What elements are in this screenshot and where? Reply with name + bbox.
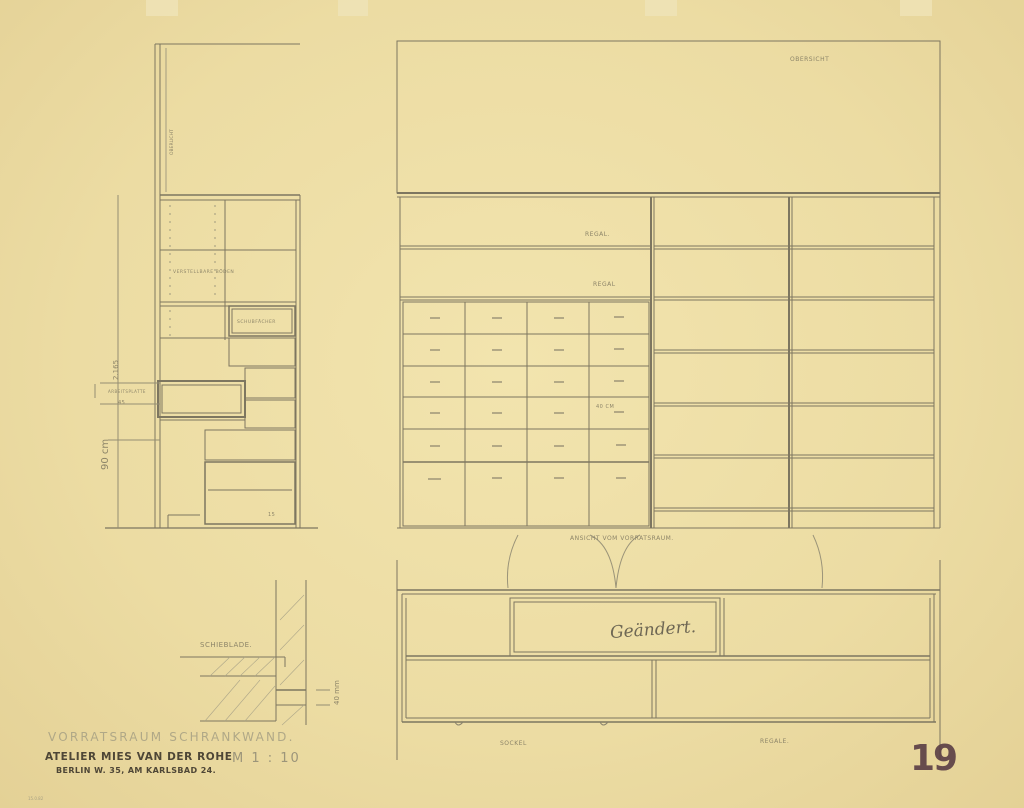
- dim-total-height: 2.165: [112, 360, 120, 380]
- drawing-scale: M 1 : 10: [232, 751, 301, 766]
- office-name: ATELIER MIES VAN DER ROHE: [45, 751, 233, 763]
- top-view-outline: [397, 41, 940, 193]
- label-shelf-2: REGAL: [593, 281, 616, 288]
- label-vertical: OBERLICHT: [170, 129, 175, 155]
- label-drawer-detail: SCHIEBLADE.: [200, 641, 252, 649]
- label-drawers: SCHUBFÄCHER: [237, 320, 276, 325]
- dim-small: 15: [268, 512, 275, 518]
- drawer-note: 40 cm: [596, 404, 614, 410]
- label-top-view: OBERSICHT: [790, 56, 829, 63]
- label-shelf-1: REGAL.: [585, 231, 610, 238]
- label-plinth: SOCKEL: [500, 740, 527, 747]
- drawing-title: VORRATSRAUM SCHRANKWAND.: [48, 730, 295, 744]
- label-counter: ARBEITSPLATTE: [108, 389, 146, 394]
- dim-detail: 40 mm: [333, 680, 341, 705]
- archive-stamp: 15.0.82: [28, 796, 43, 801]
- label-elevation: ANSICHT VOM VORRATSRAUM.: [570, 535, 674, 542]
- dim-counter-height: 90 cm: [100, 439, 111, 470]
- dim-small: 45: [118, 400, 125, 406]
- sheet-number-stamp: 19: [910, 738, 956, 779]
- label-adjustable-shelves: VERSTELLBARE BÖDEN: [173, 270, 234, 275]
- linework: [0, 0, 1024, 808]
- office-address: BERLIN W. 35, AM KARLSBAD 24.: [56, 766, 216, 775]
- label-shelves: REGALE.: [760, 738, 789, 745]
